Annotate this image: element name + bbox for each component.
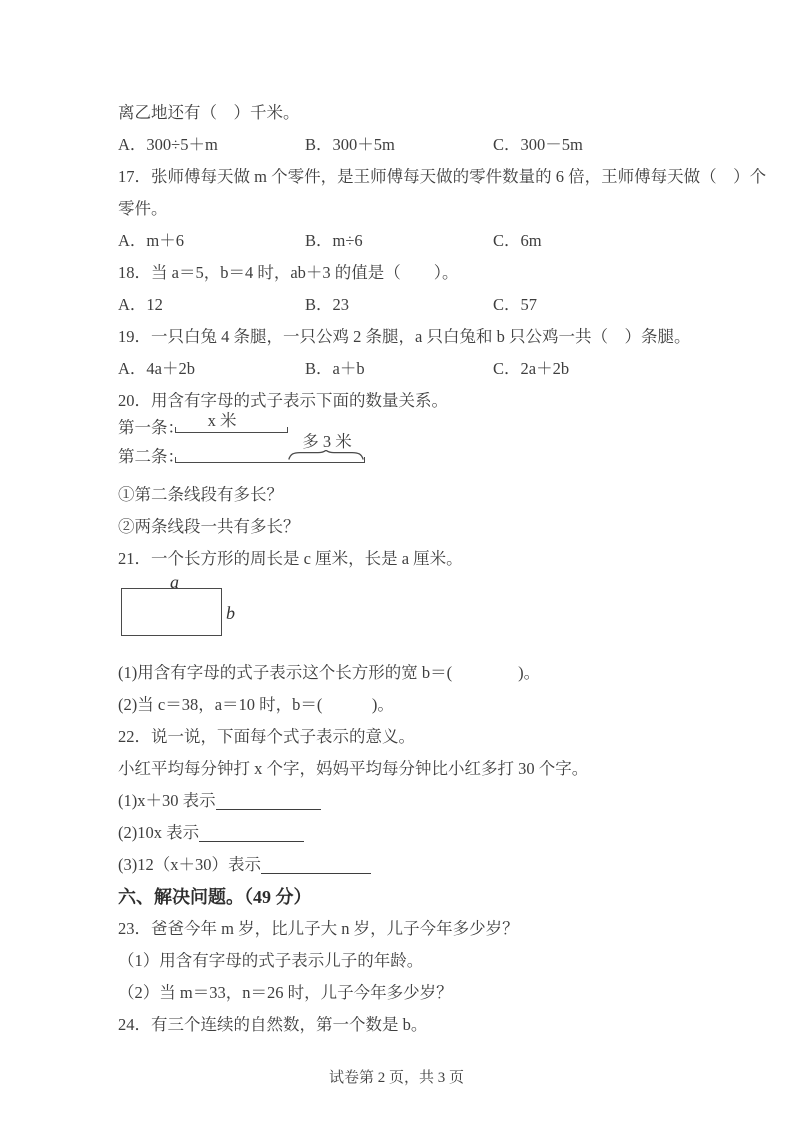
q23-subquestion-1: （1）用含有字母的式子表示儿子的年龄。 (118, 945, 758, 977)
q22-subquestion-3-text: (3)12（x＋30）表示 (118, 855, 261, 874)
q16-option-a: A．300÷5＋m (118, 129, 305, 161)
q18-option-row: A．12B．23C．57 (118, 289, 758, 321)
q18-option-a: A．12 (118, 289, 305, 321)
q17-option-row: A．m＋6B．m÷6C．6m (118, 225, 758, 257)
q22-answer-blank-2 (199, 826, 304, 843)
q22-context: 小红平均每分钟打 x 个字，妈妈平均每分钟比小红多打 30 个字。 (118, 753, 758, 785)
q17-option-b: B．m÷6 (305, 225, 493, 257)
q16-stem-tail: 离乙地还有（ ）千米。 (118, 97, 758, 129)
q19-option-a: A．4a＋2b (118, 353, 305, 385)
q21-rectangle-width-label: b (226, 604, 235, 622)
q21-subquestion-2: (2)当 c＝38，a＝10 时，b＝( )。 (118, 689, 758, 721)
exam-paper-page: 离乙地还有（ ）千米。 A．300÷5＋mB．300＋5mC．300－5m 17… (0, 0, 793, 1122)
q20-second-segment-line (175, 457, 365, 463)
q22-answer-blank-1 (216, 794, 321, 811)
q19-stem: 19．一只白兔 4 条腿，一只公鸡 2 条腿，a 只白兔和 b 只公鸡一共（ ）… (118, 321, 758, 353)
q16-option-b: B．300＋5m (305, 129, 493, 161)
exam-content: 离乙地还有（ ）千米。 A．300÷5＋mB．300＋5mC．300－5m 17… (118, 97, 758, 1041)
q23-stem: 23．爸爸今年 m 岁，比儿子大 n 岁，儿子今年多少岁？ (118, 913, 758, 945)
q22-subquestion-1-text: (1)x＋30 表示 (118, 791, 216, 810)
q22-subquestion-2-text: (2)10x 表示 (118, 823, 199, 842)
q19-option-b: B．a＋b (305, 353, 493, 385)
q19-option-row: A．4a＋2bB．a＋bC．2a＋2b (118, 353, 758, 385)
q21-rectangle-shape (121, 588, 222, 636)
q17-stem-line2: 零件。 (118, 193, 758, 225)
q21-stem: 21．一个长方形的周长是 c 厘米，长是 a 厘米。 (118, 543, 758, 575)
q20-extra-length-label: 多 3 米 (287, 433, 367, 450)
q18-option-c: C．57 (493, 289, 537, 321)
q20-subquestion-1: ①第二条线段有多长？ (118, 479, 758, 511)
q23-subquestion-2: （2）当 m＝33，n＝26 时，儿子今年多少岁？ (118, 977, 758, 1009)
q21-rectangle-diagram: a b (118, 575, 758, 657)
q24-stem: 24．有三个连续的自然数，第一个数是 b。 (118, 1009, 758, 1041)
section-6-heading: 六、解决问题。（49 分） (118, 881, 758, 913)
q16-option-c: C．300－5m (493, 129, 583, 161)
q20-subquestion-2: ②两条线段一共有多长？ (118, 511, 758, 543)
q20-first-segment-line (175, 427, 288, 433)
q17-option-a: A．m＋6 (118, 225, 305, 257)
q17-stem-line1: 17．张师傅每天做 m 个零件，是王师傅每天做的零件数量的 6 倍，王师傅每天做… (118, 161, 758, 193)
q17-option-c: C．6m (493, 225, 542, 257)
q20-line-segment-diagram: 第一条： x 米 多 3 米 第二条： (118, 417, 758, 479)
q22-subquestion-1: (1)x＋30 表示 (118, 785, 758, 817)
q18-option-b: B．23 (305, 289, 493, 321)
q22-subquestion-3: (3)12（x＋30）表示 (118, 849, 758, 881)
q21-subquestion-1: (1)用含有字母的式子表示这个长方形的宽 b＝( )。 (118, 657, 758, 689)
q22-answer-blank-3 (261, 858, 371, 875)
q16-option-row: A．300÷5＋mB．300＋5mC．300－5m (118, 129, 758, 161)
page-number-footer: 试卷第 2 页，共 3 页 (0, 1066, 793, 1087)
q22-subquestion-2: (2)10x 表示 (118, 817, 758, 849)
q22-stem: 22．说一说，下面每个式子表示的意义。 (118, 721, 758, 753)
q18-stem: 18．当 a＝5，b＝4 时，ab＋3 的值是（ ）。 (118, 257, 758, 289)
q19-option-c: C．2a＋2b (493, 353, 569, 385)
